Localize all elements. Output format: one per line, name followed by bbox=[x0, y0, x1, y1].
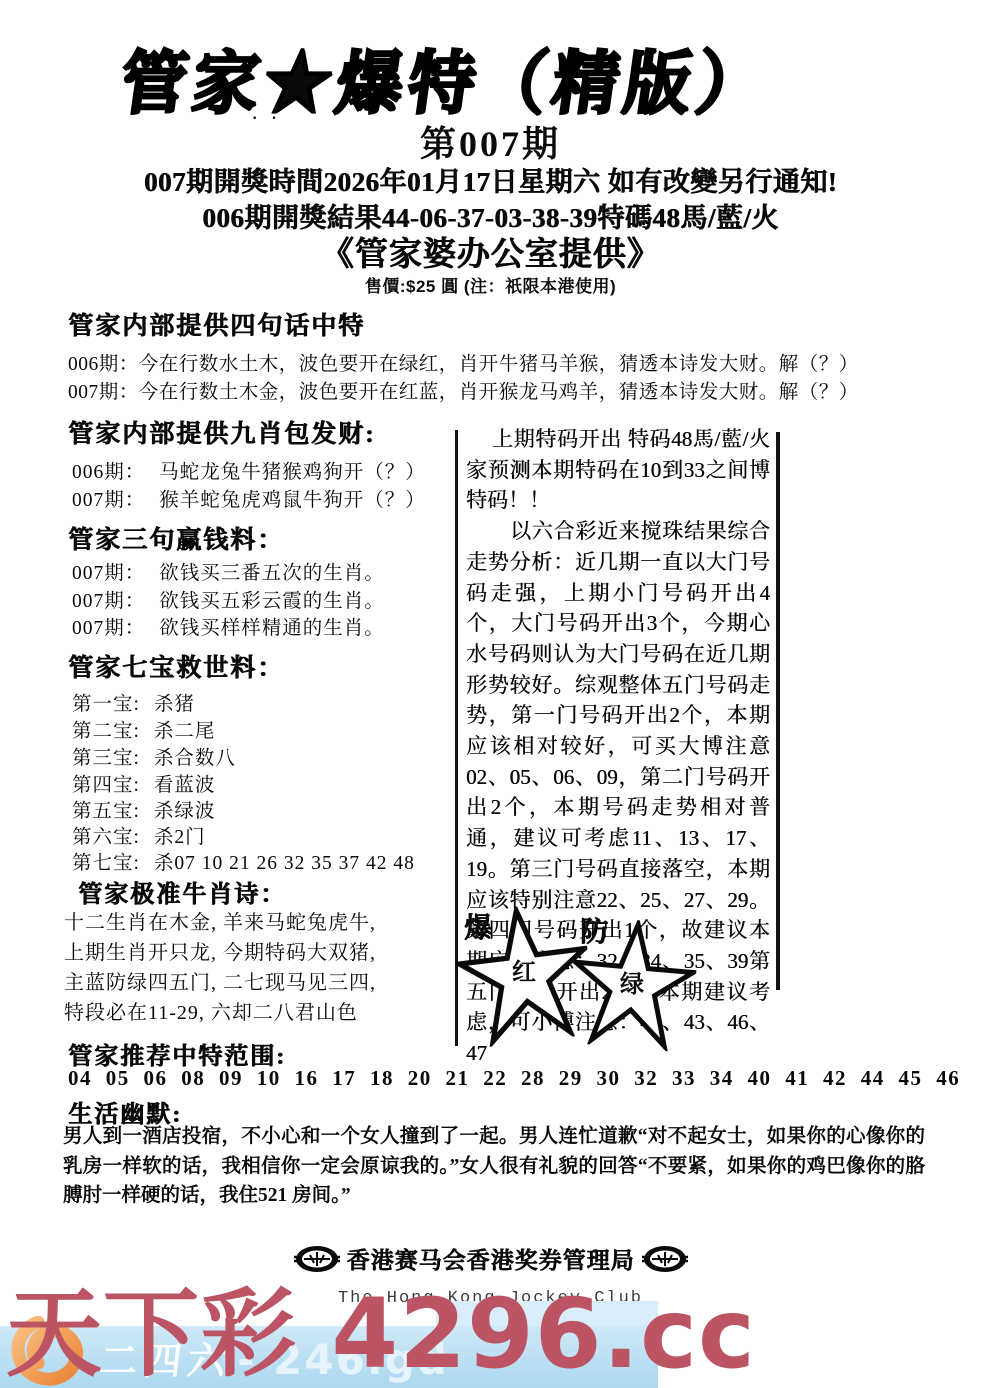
section-heading-four-sentence: 管家内部提供四句话中特 bbox=[68, 306, 365, 342]
poem-line: 上期生肖开只龙, 今期特码大双猪, bbox=[64, 936, 376, 965]
row-label: 007期： bbox=[72, 612, 145, 640]
row-label: 第五宝: bbox=[72, 795, 140, 823]
seven-treasure-row: 第七宝: 杀07 10 21 26 32 35 37 42 48 bbox=[72, 847, 415, 875]
watermark-text: 天下彩 4296.cc bbox=[6, 1258, 756, 1388]
row-label: 006期： bbox=[72, 456, 145, 484]
row-text: 马蛇龙兔牛猪猴鸡狗开（？） bbox=[159, 456, 426, 484]
row-label: 007期： bbox=[72, 585, 145, 613]
three-money-row: 007期： 欲钱买五彩云霞的生肖。 bbox=[72, 585, 385, 613]
poem-line: 特段必在11-29, 六却二八君山色 bbox=[64, 996, 358, 1025]
row-label: 007期： bbox=[72, 557, 145, 585]
star-label-green: 绿 bbox=[620, 964, 644, 999]
row-text: 杀2门 bbox=[154, 821, 206, 849]
section-heading-three-money: 管家三句赢钱料： bbox=[68, 520, 284, 556]
nine-zodiac-row: 007期： 猴羊蛇兔虎鸡鼠牛狗开（？） bbox=[72, 484, 426, 512]
row-label: 007期： bbox=[72, 484, 145, 512]
seven-treasure-row: 第三宝: 杀合数八 bbox=[72, 742, 236, 770]
seven-treasure-row: 第四宝: 看蓝波 bbox=[72, 769, 215, 797]
nine-zodiac-row: 006期： 马蛇龙兔牛猪猴鸡狗开（？） bbox=[72, 456, 426, 484]
humor-text: 男人到一酒店投宿，不小心和一个女人撞到了一起。男人连忙道歉“对不起女士，如果你的… bbox=[63, 1122, 925, 1211]
row-text: 猴羊蛇兔虎鸡鼠牛狗开（？） bbox=[159, 484, 426, 512]
page-title: 管家★爆特（精版） bbox=[33, 28, 858, 127]
row-text: 杀合数八 bbox=[154, 742, 236, 770]
row-label: 第六宝: bbox=[72, 821, 140, 849]
four-sentence-row: 006期：今在行数水土木，波色要开在绿红，肖开牛猪马羊猴，猜透本诗发大财。解（？… bbox=[68, 348, 859, 376]
analysis-paragraph-1: 上期特码开出 特码48馬/藍/火家预测本期特码在10到33之间博特码！！ bbox=[466, 424, 770, 516]
row-text: 欲钱买五彩云霞的生肖。 bbox=[159, 585, 385, 613]
four-sentence-row: 007期：今在行数土木金，波色要开在红蓝，肖开猴龙马鸡羊，猜透本诗发大财。解（？… bbox=[68, 376, 859, 404]
row-label: 第二宝: bbox=[72, 715, 140, 743]
provider-line: 《管家婆办公室提供》 bbox=[0, 228, 981, 275]
draw-time-line: 007期開獎時間2026年01月17日星期六 如有改變另行通知! bbox=[0, 160, 981, 199]
row-label: 第七宝: bbox=[72, 847, 140, 875]
stars-block: 爆 红 防 绿 bbox=[458, 898, 780, 1050]
section-heading-ox-poem: 管家极准牛肖诗： bbox=[78, 874, 286, 909]
row-text: 看蓝波 bbox=[154, 769, 216, 797]
poem-line: 主蓝防绿四五门, 二七现马见三四, bbox=[64, 966, 376, 995]
seven-treasure-row: 第五宝: 杀绿波 bbox=[72, 795, 215, 823]
price-note: 售價:$25 圓 (注：祇限本港使用) bbox=[0, 272, 981, 297]
three-money-row: 007期： 欲钱买三番五次的生肖。 bbox=[72, 557, 385, 585]
recommend-numbers: 04 05 06 08 09 10 16 17 18 20 21 22 28 2… bbox=[68, 1066, 960, 1091]
star-prefix-fang: 防 bbox=[580, 910, 608, 950]
poem-line: 十二生肖在木金, 羊来马蛇兔虎牛, bbox=[64, 906, 376, 935]
row-label: 第一宝: bbox=[72, 688, 140, 716]
three-money-row: 007期： 欲钱买样样精通的生肖。 bbox=[72, 612, 385, 640]
row-text: 欲钱买三番五次的生肖。 bbox=[159, 557, 385, 585]
star-label-red: 红 bbox=[512, 952, 536, 987]
seven-treasure-row: 第二宝: 杀二尾 bbox=[72, 715, 215, 743]
row-label: 第三宝: bbox=[72, 742, 140, 770]
row-text: 杀二尾 bbox=[154, 715, 216, 743]
seven-treasure-row: 第一宝: 杀猪 bbox=[72, 688, 195, 716]
row-label: 第四宝: bbox=[72, 769, 140, 797]
section-heading-seven-treasure: 管家七宝救世料： bbox=[68, 648, 284, 684]
row-text: 杀07 10 21 26 32 35 37 42 48 bbox=[154, 847, 415, 875]
row-text: 杀猪 bbox=[154, 688, 195, 716]
row-text: 欲钱买样样精通的生肖。 bbox=[159, 612, 385, 640]
star-prefix-bao: 爆 bbox=[464, 906, 492, 946]
lottery-tip-sheet-page: 管家★爆特（精版） · · 第007期 007期開獎時間2026年01月17日星… bbox=[0, 0, 981, 1388]
row-text: 杀绿波 bbox=[154, 795, 216, 823]
section-heading-nine-zodiac: 管家内部提供九肖包发财: bbox=[68, 414, 375, 450]
seven-treasure-row: 第六宝: 杀2门 bbox=[72, 821, 206, 849]
